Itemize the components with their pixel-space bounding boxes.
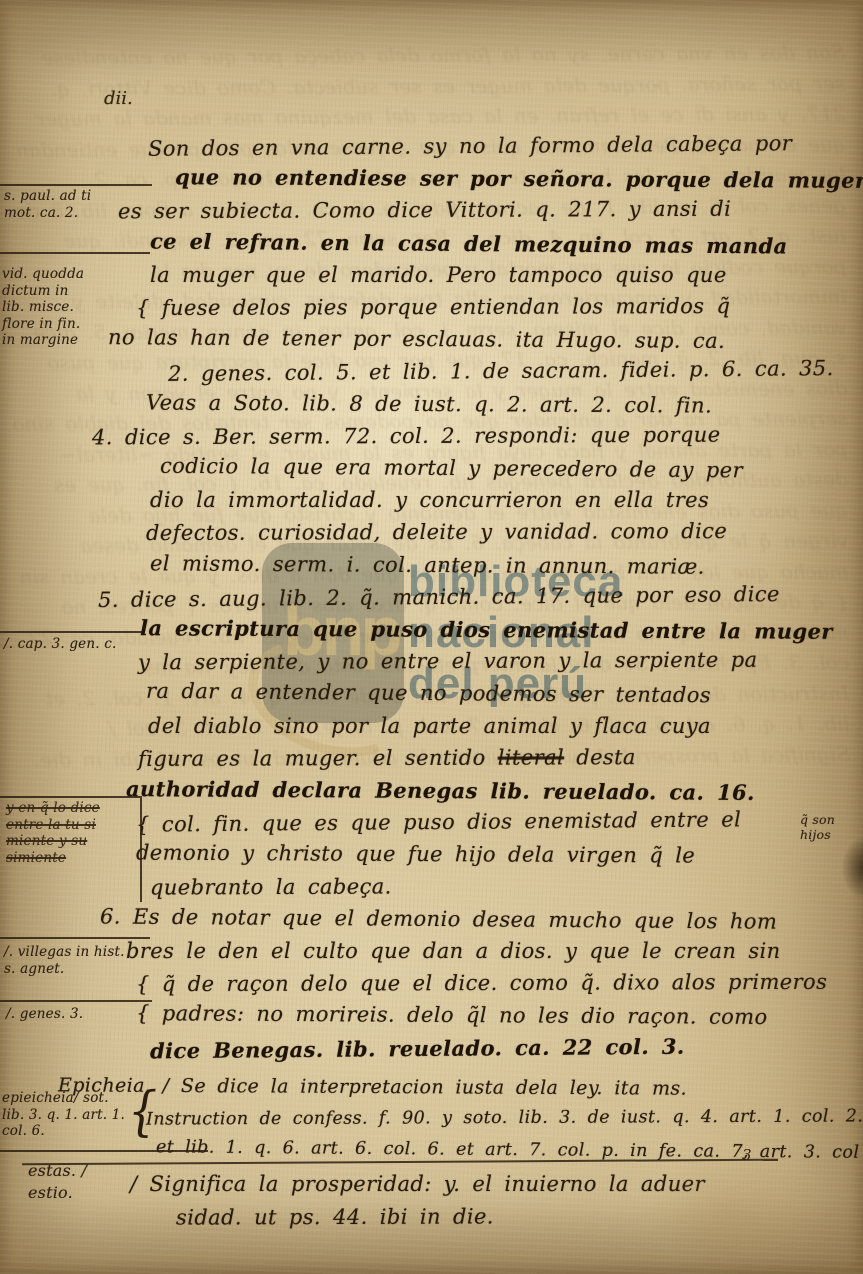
margin-note: /. villegas in hist.s. agnet. [4,944,154,977]
manuscript-line: / Significa la prosperidad: y. el inuier… [130,1172,705,1196]
brace-mark: { [128,1080,157,1142]
margin-note-line: in margine [2,332,152,349]
margin-note-line: estio. [28,1182,158,1204]
margin-note-line: flore in fin. [2,316,152,333]
manuscript-line: sidad. ut ps. 44. ibi in die. [176,1204,494,1229]
manuscript-line: la escriptura que puso dios enemistad en… [140,615,833,644]
edge-ink-blotch [841,836,863,900]
margin-note-line: /. villegas in hist. [4,944,154,961]
margin-note-line: /. cap. 3. gen. c. [4,636,154,653]
margin-rule-stroke [0,937,150,939]
margin-rule-stroke [0,631,142,633]
margin-note-line: mot. ca. 2. [4,205,154,222]
manuscript-page: Son dos en vna carne. sy no la formo del… [0,0,863,1274]
manuscript-line: del diablo sino por la parte animal y fl… [148,714,711,738]
margin-note: s. paul. ad timot. ca. 2. [4,188,154,221]
manuscript-line: dio la immortalidad. y concurrieron en e… [150,488,709,512]
margin-note-line: dictum in [2,283,152,300]
margin-note: y en q̃ lo diceentre la tu simiente y su… [6,800,138,866]
manuscript-line: 6. Es de notar que el demonio desea much… [100,904,777,933]
margin-note-line: miente y su [6,833,138,850]
manuscript-line: quebranto la cabeça. [150,874,392,899]
margin-note: vid. quoddadictum inlib. misce.flore in … [2,266,152,349]
manuscript-line: que no entendiese ser por señora. porque… [175,164,863,193]
margin-rule-stroke [0,1150,208,1152]
margin-note-line: /. genes. 3. [6,1006,156,1023]
manuscript-line: figura es la muger. el sentido literal d… [138,745,636,771]
manuscript-line: bres le den el culto que dan a dios. y q… [126,939,781,963]
margin-note: estas. /estio. [28,1160,158,1204]
manuscript-line: Veas a Soto. lib. 8 de iust. q. 2. art. … [146,390,712,417]
margin-rule-stroke [0,252,150,254]
manuscript-line: authoridad declara Benegas lib. reuelado… [126,776,755,805]
manuscript-line: ce el refran. en la casa del mezquino ma… [150,228,788,258]
margin-note-line: simiente [6,850,138,867]
struck-word: literal [498,745,564,769]
manuscript-line: { padres: no morireis. delo q̃l no les d… [136,1001,768,1029]
margin-note-line: s. paul. ad ti [4,188,154,205]
manuscript-line: demonio y christo que fue hijo dela virg… [136,841,695,868]
manuscript-line: 4. dice s. Ber. serm. 72. col. 2. respon… [92,422,721,449]
margin-note-line: entre la tu si [6,817,138,834]
margin-note: /. genes. 3. [6,1006,156,1023]
manuscript-line: es ser subiecta. Como dice Vittori. q. 2… [118,197,731,224]
manuscript-line: ra dar a entender que no podemos ser ten… [146,679,711,707]
margin-note-line: lib. misce. [2,299,152,316]
manuscript-line: defectos. curiosidad, deleite y vanidad.… [146,519,727,545]
margin-rule-stroke [0,1000,152,1002]
margin-note-line: vid. quodda [2,266,152,283]
manuscript-line: Instruction de confess. f. 90. y soto. l… [146,1106,863,1129]
margin-rule-stroke [0,184,152,186]
manuscript-line: codicio la que era mortal y perecedero d… [160,454,743,483]
manuscript-line: la muger que el marido. Pero tampoco qui… [150,263,727,287]
quire-signature: dii. [104,88,133,109]
margin-note-line: s. agnet. [4,961,154,978]
margin-note-line: q̃ son [800,812,858,827]
margin-note: /. cap. 3. gen. c. [4,636,154,653]
margin-rule-stroke [140,796,142,902]
manuscript-line: { q̃ de raçon delo que el dice. como q̃.… [136,970,827,996]
stain [0,0,210,90]
manuscript-line: no las han de tener por esclauas. ita Hu… [108,325,725,353]
manuscript-line: { fuese delos pies porque entiendan los … [136,294,730,320]
manuscript-line: dice Benegas. lib. reuelado. ca. 22 col.… [150,1033,685,1063]
stain [640,1150,820,1270]
margin-rule-stroke [0,796,140,798]
manuscript-line: el mismo. serm. i. col. antep. in annun.… [150,551,705,578]
margin-note-line: y en q̃ lo dice [6,800,138,817]
manuscript-line: y la serpiente, y no entre el varon y la… [138,648,758,675]
